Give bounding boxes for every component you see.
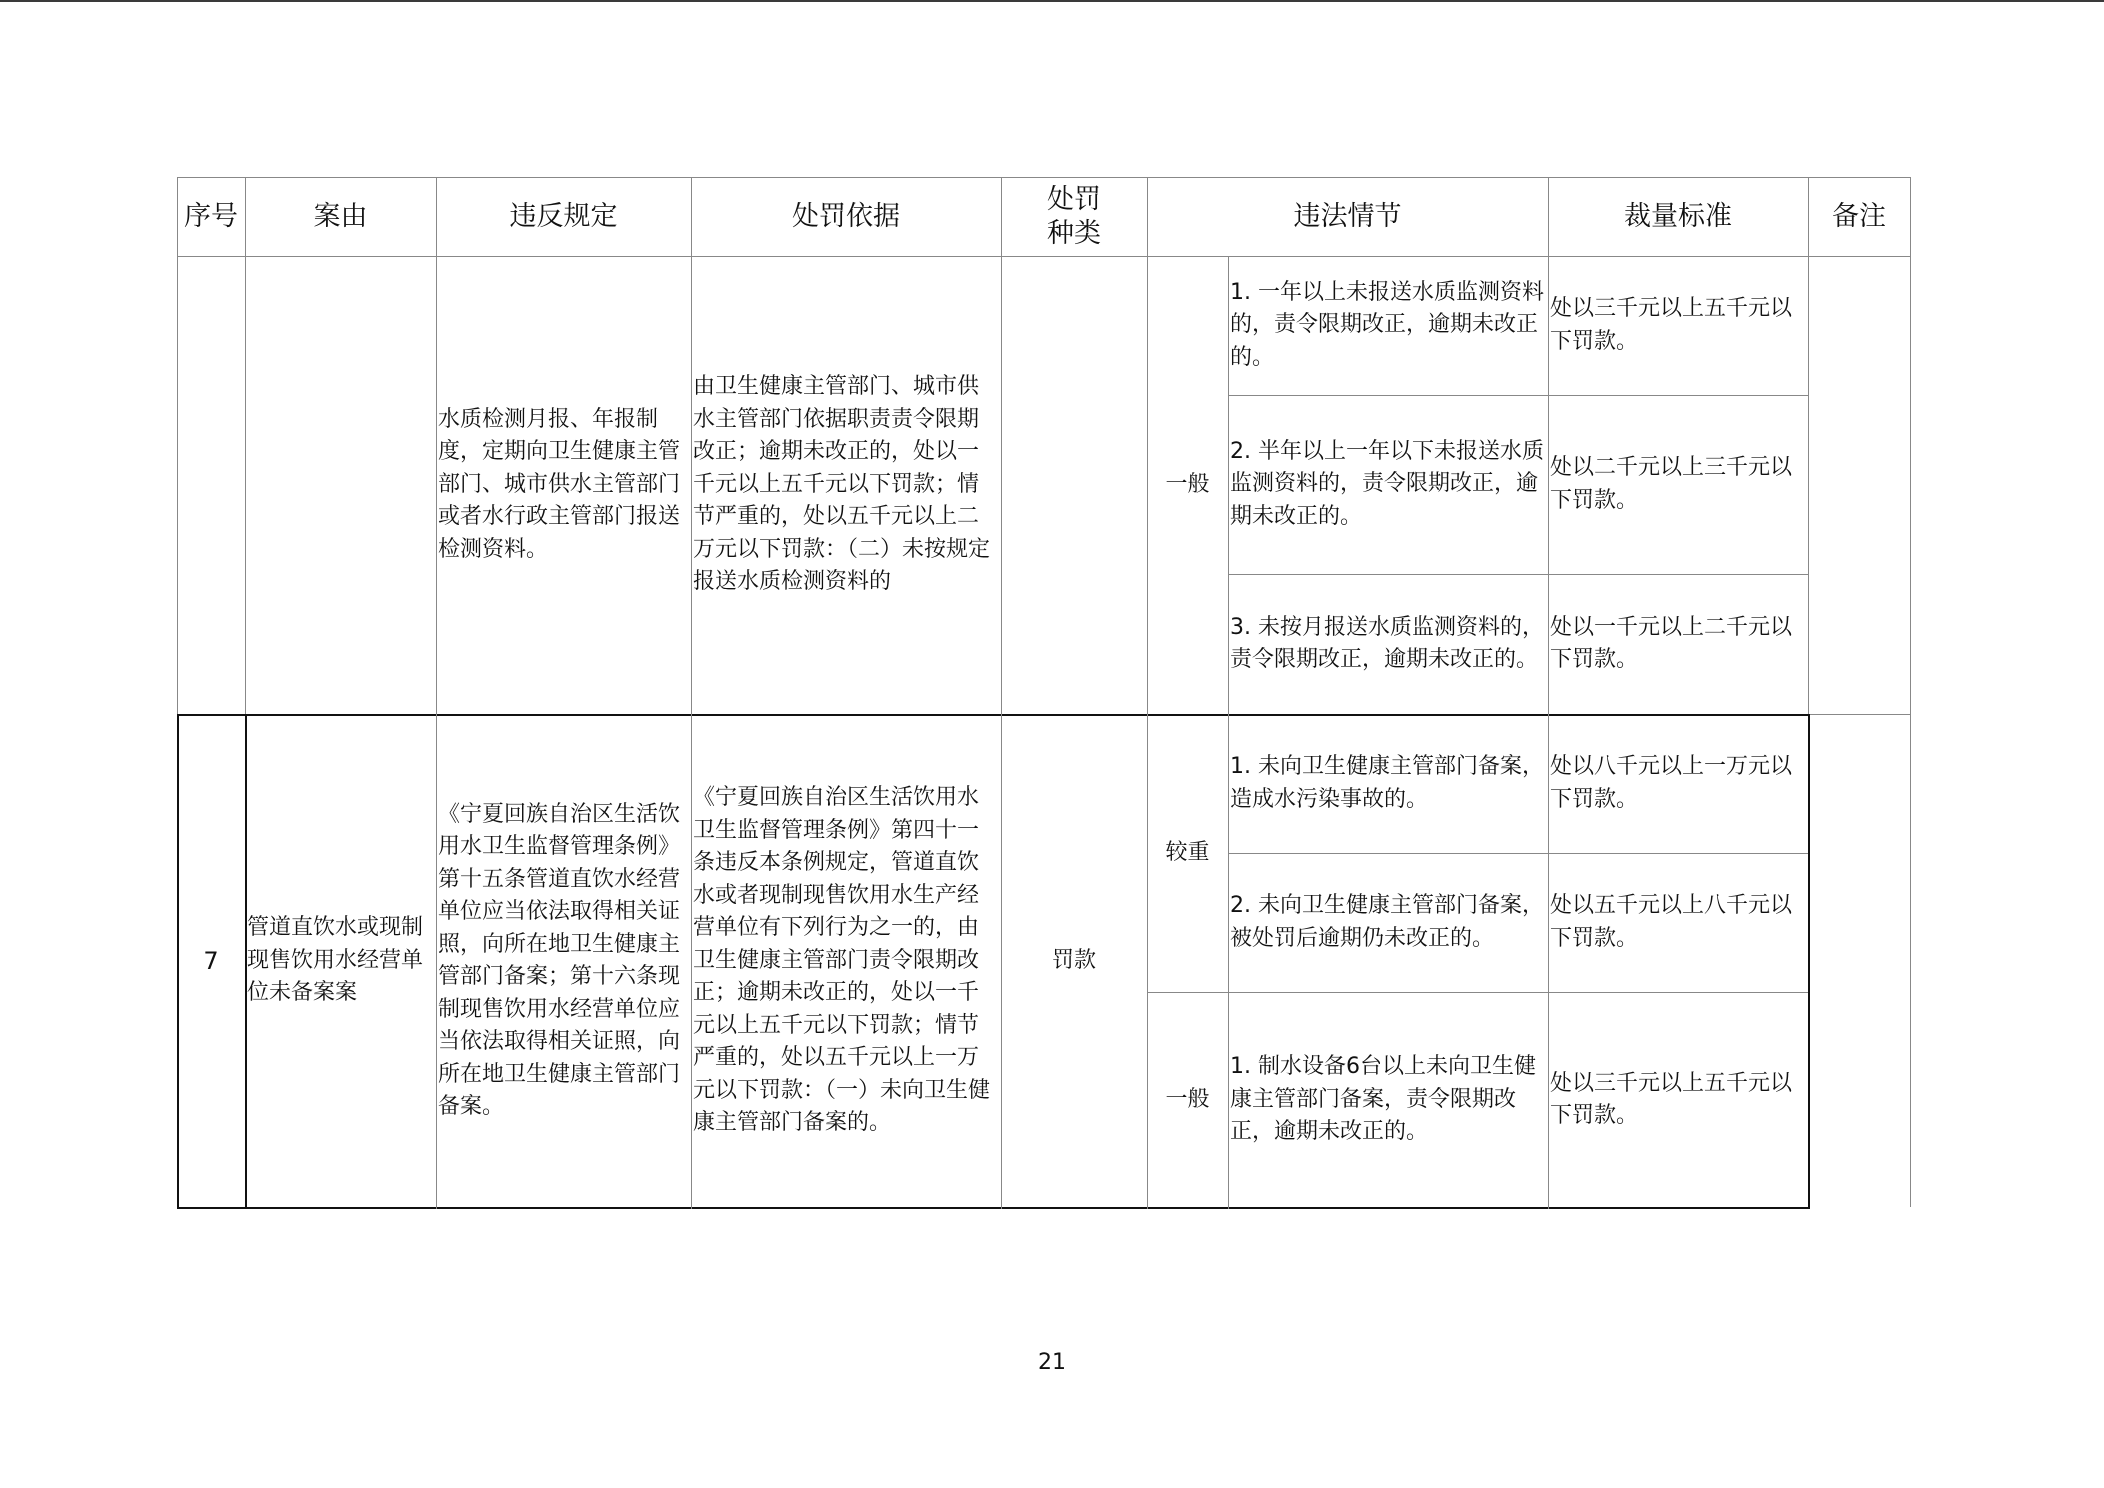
standard-cell: 处以二千元以上三千元以下罚款。 — [1548, 395, 1808, 574]
page-top-border — [0, 0, 2104, 2]
severity-cell: 一般 — [1147, 256, 1228, 714]
header-case: 案由 — [245, 177, 436, 256]
header-standard: 裁量标准 — [1548, 177, 1808, 256]
circumstance-cell: 3. 未按月报送水质监测资料的，责令限期改正，逾期未改正的。 — [1228, 574, 1548, 714]
standard-cell: 处以八千元以上一万元以下罚款。 — [1548, 714, 1808, 853]
circumstance-cell: 2. 未向卫生健康主管部门备案，被处罚后逾期仍未改正的。 — [1228, 853, 1548, 992]
penalty-type-cell: 罚款 — [1001, 714, 1147, 1208]
header-violated-rule: 违反规定 — [436, 177, 691, 256]
circumstance-cell: 1. 制水设备6台以上未向卫生健康主管部门备案，责令限期改正，逾期未改正的。 — [1228, 992, 1548, 1208]
col-border — [1808, 714, 1810, 1209]
standard-cell: 处以五千元以上八千元以下罚款。 — [1548, 853, 1808, 992]
circumstance-cell: 2. 半年以上一年以下未报送水质监测资料的，责令限期改正，逾期未改正的。 — [1228, 395, 1548, 574]
severity-cell: 较重 — [1147, 714, 1228, 992]
col-border — [1910, 177, 1911, 1207]
col-border — [177, 177, 178, 714]
circumstance-cell: 1. 未向卫生健康主管部门备案，造成水污染事故的。 — [1228, 714, 1548, 853]
page-number: 21 — [1002, 1350, 1102, 1375]
penalty-basis-cell: 由卫生健康主管部门、城市供水主管部门依据职责责令限期改正；逾期未改正的，处以一千… — [691, 256, 1001, 714]
circumstance-cell: 1. 一年以上未报送水质监测资料的，责令限期改正，逾期未改正的。 — [1228, 256, 1548, 395]
violated-rule-cell: 《宁夏回族自治区生活饮用水卫生监督管理条例》第十五条管道直饮水经营单位应当依法取… — [436, 714, 691, 1208]
header-seq: 序号 — [177, 177, 245, 256]
header-circumstances: 违法情节 — [1147, 177, 1548, 256]
severity-cell: 一般 — [1147, 992, 1228, 1208]
penalty-basis-cell: 《宁夏回族自治区生活饮用水卫生监督管理条例》第四十一条违反本条例规定，管道直饮水… — [691, 714, 1001, 1208]
col-border — [1808, 177, 1809, 714]
header-remarks: 备注 — [1808, 177, 1910, 256]
col-border — [245, 177, 246, 714]
standard-cell: 处以一千元以上二千元以下罚款。 — [1548, 574, 1808, 714]
header-penalty-basis: 处罚依据 — [691, 177, 1001, 256]
standard-cell: 处以三千元以上五千元以下罚款。 — [1548, 992, 1808, 1208]
seq-cell: 7 — [177, 714, 245, 1208]
row-divider — [1808, 714, 1910, 715]
violated-rule-cell: 水质检测月报、年报制度，定期向卫生健康主管部门、城市供水主管部门或者水行政主管部… — [436, 256, 691, 714]
standard-cell: 处以三千元以上五千元以下罚款。 — [1548, 256, 1808, 395]
case-cell: 管道直饮水或现制现售饮用水经营单位未备案案 — [245, 714, 436, 1208]
header-penalty-type: 处罚 种类 — [1001, 177, 1147, 256]
